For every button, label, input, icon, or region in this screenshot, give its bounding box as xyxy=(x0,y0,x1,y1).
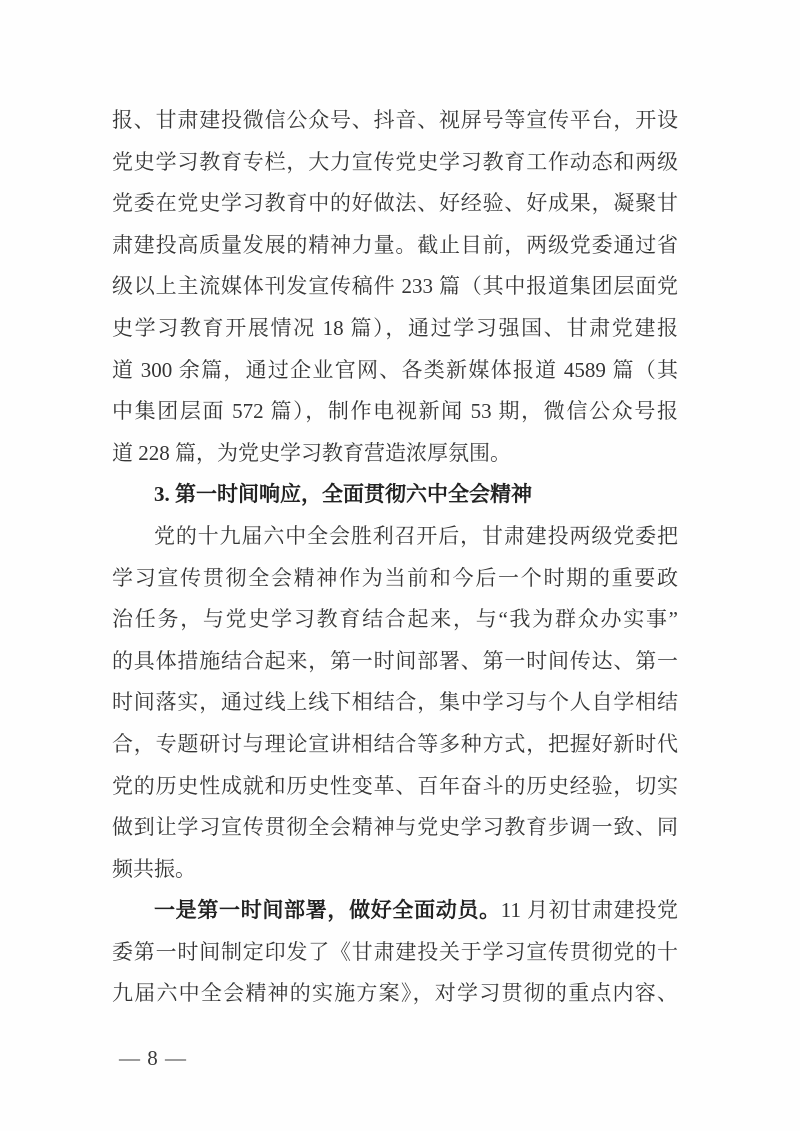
text-line: 史学习教育开展情况 18 篇），通过学习强国、甘肃党建报 xyxy=(112,308,678,350)
document-page: 报、甘肃建投微信公众号、抖音、视屏号等宣传平台，开设党史学习教育专栏，大力宣传党… xyxy=(0,0,800,1131)
text-line: 3. 第一时间响应，全面贯彻六中全会精神 xyxy=(112,474,678,516)
text-line: 肃建投高质量发展的精神力量。截止目前，两级党委通过省 xyxy=(112,225,678,267)
text-line: 做到让学习宣传贯彻全会精神与党史学习教育步调一致、同 xyxy=(112,807,678,849)
text-segment: 级以上主流媒体刊发宣传稿件 233 篇（其中报道集团层面党 xyxy=(112,274,678,298)
text-segment: 报、甘肃建投微信公众号、抖音、视屏号等宣传平台，开设 xyxy=(112,108,678,132)
text-line: 合，专题研讨与理论宣讲相结合等多种方式，把握好新时代 xyxy=(112,724,678,766)
text-area: 报、甘肃建投微信公众号、抖音、视屏号等宣传平台，开设党史学习教育专栏，大力宣传党… xyxy=(112,100,678,1015)
text-line: 一是第一时间部署，做好全面动员。11 月初甘肃建投党 xyxy=(112,890,678,932)
text-line: 频共振。 xyxy=(112,849,678,891)
text-segment: 史学习教育开展情况 18 篇），通过学习强国、甘肃党建报 xyxy=(112,316,678,340)
paragraph: 党的十九届六中全会胜利召开后，甘肃建投两级党委把学习宣传贯彻全会精神作为当前和今… xyxy=(112,516,678,890)
text-segment: 委第一时间制定印发了《甘肃建投关于学习宣传贯彻党的十 xyxy=(112,940,678,964)
text-segment: 道 300 余篇，通过企业官网、各类新媒体报道 4589 篇（其 xyxy=(112,358,678,382)
text-segment: 党的历史性成就和历史性变革、百年奋斗的历史经验，切实 xyxy=(112,774,678,798)
text-segment: 的具体措施结合起来，第一时间部署、第一时间传达、第一 xyxy=(112,649,678,673)
text-line: 的具体措施结合起来，第一时间部署、第一时间传达、第一 xyxy=(112,641,678,683)
text-segment: 治任务，与党史学习教育结合起来，与“我为群众办实事” xyxy=(112,607,678,631)
text-line: 治任务，与党史学习教育结合起来，与“我为群众办实事” xyxy=(112,599,678,641)
bold-text-segment: 一是第一时间部署，做好全面动员。 xyxy=(154,898,501,922)
text-line: 委第一时间制定印发了《甘肃建投关于学习宣传贯彻党的十 xyxy=(112,932,678,974)
page-number: — 8 — xyxy=(119,1045,187,1071)
heading: 3. 第一时间响应，全面贯彻六中全会精神 xyxy=(112,474,678,516)
text-segment: 党史学习教育专栏，大力宣传党史学习教育工作动态和两级 xyxy=(112,150,678,174)
text-segment: 时间落实，通过线上线下相结合，集中学习与个人自学相结 xyxy=(112,690,678,714)
text-segment: 中集团层面 572 篇），制作电视新闻 53 期，微信公众号报 xyxy=(112,399,678,423)
text-line: 党史学习教育专栏，大力宣传党史学习教育工作动态和两级 xyxy=(112,142,678,184)
text-segment: 道 228 篇，为党史学习教育营造浓厚氛围。 xyxy=(112,441,511,465)
text-segment: 党委在党史学习教育中的好做法、好经验、好成果，凝聚甘 xyxy=(112,191,678,215)
paragraph: 报、甘肃建投微信公众号、抖音、视屏号等宣传平台，开设党史学习教育专栏，大力宣传党… xyxy=(112,100,678,474)
text-segment: 学习宣传贯彻全会精神作为当前和今后一个时期的重要政 xyxy=(112,566,678,590)
text-line: 报、甘肃建投微信公众号、抖音、视屏号等宣传平台，开设 xyxy=(112,100,678,142)
bold-text-segment: 3. 第一时间响应，全面贯彻六中全会精神 xyxy=(154,482,532,506)
text-line: 学习宣传贯彻全会精神作为当前和今后一个时期的重要政 xyxy=(112,558,678,600)
text-line: 党委在党史学习教育中的好做法、好经验、好成果，凝聚甘 xyxy=(112,183,678,225)
text-segment: 肃建投高质量发展的精神力量。截止目前，两级党委通过省 xyxy=(112,233,678,257)
text-segment: 党的十九届六中全会胜利召开后，甘肃建投两级党委把 xyxy=(154,524,678,548)
paragraph: 一是第一时间部署，做好全面动员。11 月初甘肃建投党委第一时间制定印发了《甘肃建… xyxy=(112,890,678,1015)
text-line: 中集团层面 572 篇），制作电视新闻 53 期，微信公众号报 xyxy=(112,391,678,433)
text-line: 道 228 篇，为党史学习教育营造浓厚氛围。 xyxy=(112,433,678,475)
text-line: 级以上主流媒体刊发宣传稿件 233 篇（其中报道集团层面党 xyxy=(112,266,678,308)
text-line: 党的十九届六中全会胜利召开后，甘肃建投两级党委把 xyxy=(112,516,678,558)
text-segment: 11 月初甘肃建投党 xyxy=(501,898,678,922)
text-segment: 九届六中全会精神的实施方案》，对学习贯彻的重点内容、 xyxy=(112,981,678,1005)
text-segment: 做到让学习宣传贯彻全会精神与党史学习教育步调一致、同 xyxy=(112,815,678,839)
text-segment: 频共振。 xyxy=(112,857,196,881)
text-line: 时间落实，通过线上线下相结合，集中学习与个人自学相结 xyxy=(112,682,678,724)
text-line: 九届六中全会精神的实施方案》，对学习贯彻的重点内容、 xyxy=(112,973,678,1015)
text-line: 党的历史性成就和历史性变革、百年奋斗的历史经验，切实 xyxy=(112,766,678,808)
text-segment: 合，专题研讨与理论宣讲相结合等多种方式，把握好新时代 xyxy=(112,732,678,756)
text-line: 道 300 余篇，通过企业官网、各类新媒体报道 4589 篇（其 xyxy=(112,350,678,392)
